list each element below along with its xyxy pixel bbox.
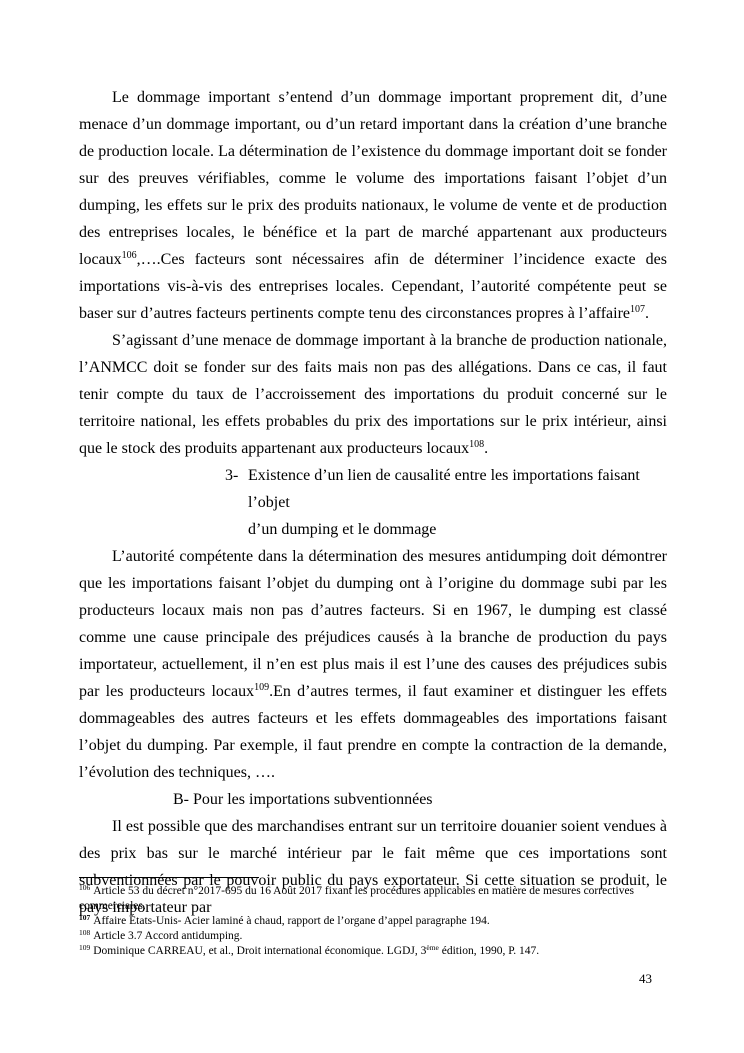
footnote-ref-109: 109 bbox=[254, 682, 269, 693]
footnote-108-text: Article 3.7 Accord antidumping. bbox=[93, 930, 242, 942]
footnote-ref-108: 108 bbox=[469, 439, 484, 450]
heading-3-number: 3- bbox=[225, 462, 248, 543]
page-number: 43 bbox=[639, 971, 652, 987]
paragraph-1-text: Le dommage important s’entend d’un domma… bbox=[79, 89, 667, 268]
section-heading-b: B- Pour les importations subventionnées bbox=[173, 786, 667, 813]
paragraph-2-text: S’agissant d’une menace de dommage impor… bbox=[79, 332, 667, 457]
footnote-106-marker: 106 bbox=[79, 883, 90, 892]
paragraph-2-text: . bbox=[484, 440, 488, 457]
footnote-108-marker: 108 bbox=[79, 928, 90, 937]
footnote-108: 108Article 3.7 Accord antidumping. bbox=[79, 929, 667, 944]
footnote-107-text: Affaire États-Unis- Acier laminé à chaud… bbox=[93, 915, 489, 927]
heading-3-line-1: Existence d’un lien de causalité entre l… bbox=[248, 462, 667, 516]
document-page: Le dommage important s’entend d’un domma… bbox=[0, 0, 744, 1053]
footnote-107-marker: 107 bbox=[79, 913, 90, 922]
paragraph-1-text: ,….Ces facteurs sont nécessaires afin de… bbox=[79, 251, 667, 322]
footnote-109-text: édition, 1990, P. 147. bbox=[439, 945, 539, 957]
paragraph-1-text: . bbox=[645, 305, 649, 322]
section-heading-3: 3- Existence d’un lien de causalité entr… bbox=[225, 462, 667, 543]
heading-3-line-2: d’un dumping et le dommage bbox=[248, 516, 667, 543]
footnote-ref-107: 107 bbox=[630, 304, 645, 315]
paragraph-3: L’autorité compétente dans la déterminat… bbox=[79, 543, 667, 786]
footnote-107: 107Affaire États-Unis- Acier laminé à ch… bbox=[79, 914, 667, 929]
footnote-separator-line bbox=[79, 877, 259, 878]
footnote-109-ordinal-sup: ème bbox=[426, 943, 439, 952]
footnote-ref-106: 106 bbox=[122, 250, 137, 261]
footnote-106-text: Article 53 du décret n°2017-695 du 16 Ao… bbox=[79, 885, 634, 912]
footnote-106: 106Article 53 du décret n°2017-695 du 16… bbox=[79, 884, 667, 914]
footnote-109-marker: 109 bbox=[79, 943, 90, 952]
paragraph-3-text: L’autorité compétente dans la déterminat… bbox=[79, 548, 667, 700]
body-text-block: Le dommage important s’entend d’un domma… bbox=[79, 84, 667, 921]
footnotes-section: 106Article 53 du décret n°2017-695 du 16… bbox=[79, 877, 667, 959]
paragraph-2: S’agissant d’une menace de dommage impor… bbox=[79, 327, 667, 462]
heading-3-text: Existence d’un lien de causalité entre l… bbox=[248, 462, 667, 543]
footnote-109: 109Dominique CARREAU, et al., Droit inte… bbox=[79, 944, 667, 959]
footnote-109-text: Dominique CARREAU, et al., Droit interna… bbox=[93, 945, 426, 957]
paragraph-1: Le dommage important s’entend d’un domma… bbox=[79, 84, 667, 327]
